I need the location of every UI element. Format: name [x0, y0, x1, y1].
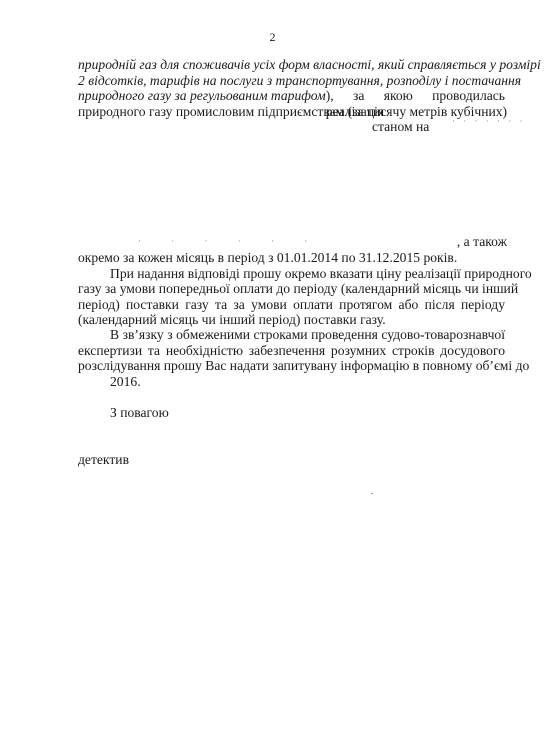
- closing: З повагою: [110, 405, 537, 421]
- para3-line1: При надання відповіді прошу окремо вказа…: [110, 266, 505, 282]
- para2-line1-end: , а також: [452, 234, 507, 250]
- para2-line2: окремо за кожен місяць в період з 01.01.…: [78, 250, 505, 266]
- page-number: 2: [0, 30, 545, 45]
- para3-line2: газу за умови попередньої оплати до пері…: [78, 281, 505, 297]
- para1-line1: природній газ для споживачів усіх форм в…: [78, 57, 505, 73]
- para4-line2: експертизи та необхідністю забезпечення …: [78, 343, 505, 359]
- stray-mark: [371, 493, 373, 494]
- para3-line3: період) поставки газу та за умови оплати…: [78, 297, 505, 313]
- document-page: 2 природній газ для споживачів усіх форм…: [0, 0, 545, 750]
- para1-line2: 2 відсотків, тарифів на послуги з трансп…: [78, 73, 505, 89]
- para1-line5: станом на: [372, 119, 452, 135]
- para4-line1: В зв’язку з обмеженими строками проведен…: [110, 327, 505, 343]
- para1-line4: природного газу промисловим підприємства…: [78, 104, 505, 120]
- signature-title: детектив: [78, 452, 505, 468]
- para3-line4: (календарний місяць чи інший період) пос…: [78, 312, 505, 328]
- para4-line3: розслідування прошу Вас надати запитуван…: [78, 358, 505, 374]
- redaction-dots: · · · · · ·: [138, 236, 307, 246]
- para4-line4: 2016.: [110, 374, 537, 390]
- redaction-dots: · · · · · · ·: [452, 116, 525, 126]
